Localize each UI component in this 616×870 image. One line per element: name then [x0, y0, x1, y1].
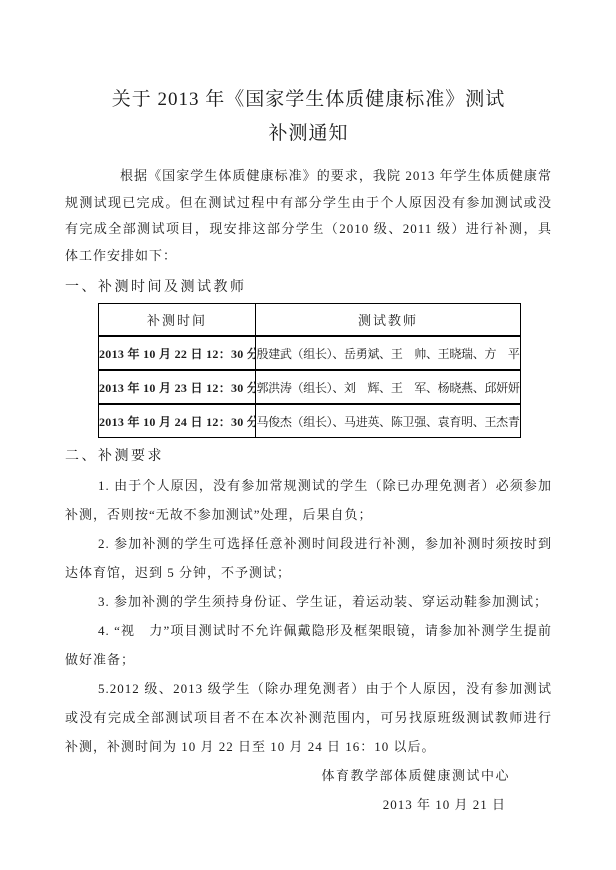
title-line-2: 补测通知 [65, 117, 552, 151]
column-header-teachers: 测试教师 [256, 304, 521, 337]
cell-test-teachers: 殷建武（组长）、岳勇斌、王 帅、王晓瑞、方 平 [256, 336, 521, 370]
table-row: 2013 年 10 月 23 日 12：30 分 郭洪涛（组长）、刘 辉、王 军… [99, 370, 521, 404]
requirement-item-1: 1. 由于个人原因，没有参加常规测试的学生（除已办理免测者）必须参加补测，否则按… [65, 471, 552, 529]
signature-date: 2013 年 10 月 21 日 [65, 790, 552, 819]
requirement-item-5: 5.2012 级、2013 级学生（除办理免测者）由于个人原因，没有参加测试或没… [65, 674, 552, 761]
cell-makeup-time: 2013 年 10 月 22 日 12：30 分 [99, 336, 256, 370]
page-title: 关于 2013 年《国家学生体质健康标准》测试 补测通知 [65, 83, 552, 151]
section-heading-requirements: 二、补测要求 [65, 442, 552, 471]
cell-makeup-time: 2013 年 10 月 24 日 12：30 分 [99, 404, 256, 438]
requirement-item-2: 2. 参加补测的学生可选择任意补测时间段进行补测，参加补测时须按时到达体育馆，迟… [65, 529, 552, 587]
intro-paragraph: 根据《国家学生体质健康标准》的要求，我院 2013 年学生体质健康常规测试现已完… [65, 163, 552, 269]
cell-test-teachers: 郭洪涛（组长）、刘 辉、王 军、杨晓燕、邱妍妍 [256, 370, 521, 404]
table-header-row: 补测时间 测试教师 [99, 304, 521, 337]
table-row: 2013 年 10 月 22 日 12：30 分 殷建武（组长）、岳勇斌、王 帅… [99, 336, 521, 370]
column-header-time: 补测时间 [99, 304, 256, 337]
title-line-1: 关于 2013 年《国家学生体质健康标准》测试 [65, 83, 552, 117]
table-row: 2013 年 10 月 24 日 12：30 分 马俊杰（组长）、马进英、陈卫强… [99, 404, 521, 438]
document-page: 关于 2013 年《国家学生体质健康标准》测试 补测通知 根据《国家学生体质健康… [0, 0, 616, 870]
requirement-item-4: 4. “视 力”项目测试时不允许佩戴隐形及框架眼镜，请参加补测学生提前做好准备； [65, 616, 552, 674]
signature-department: 体育教学部体质健康测试中心 [65, 761, 552, 790]
cell-test-teachers: 马俊杰（组长）、马进英、陈卫强、袁育明、王杰青 [256, 404, 521, 438]
section-heading-schedule: 一、补测时间及测试教师 [65, 275, 552, 301]
makeup-schedule-table: 补测时间 测试教师 2013 年 10 月 22 日 12：30 分 殷建武（组… [98, 303, 521, 438]
cell-makeup-time: 2013 年 10 月 23 日 12：30 分 [99, 370, 256, 404]
requirements-list: 1. 由于个人原因，没有参加常规测试的学生（除已办理免测者）必须参加补测，否则按… [65, 471, 552, 761]
requirement-item-3: 3. 参加补测的学生须持身份证、学生证，着运动装、穿运动鞋参加测试； [65, 587, 552, 616]
